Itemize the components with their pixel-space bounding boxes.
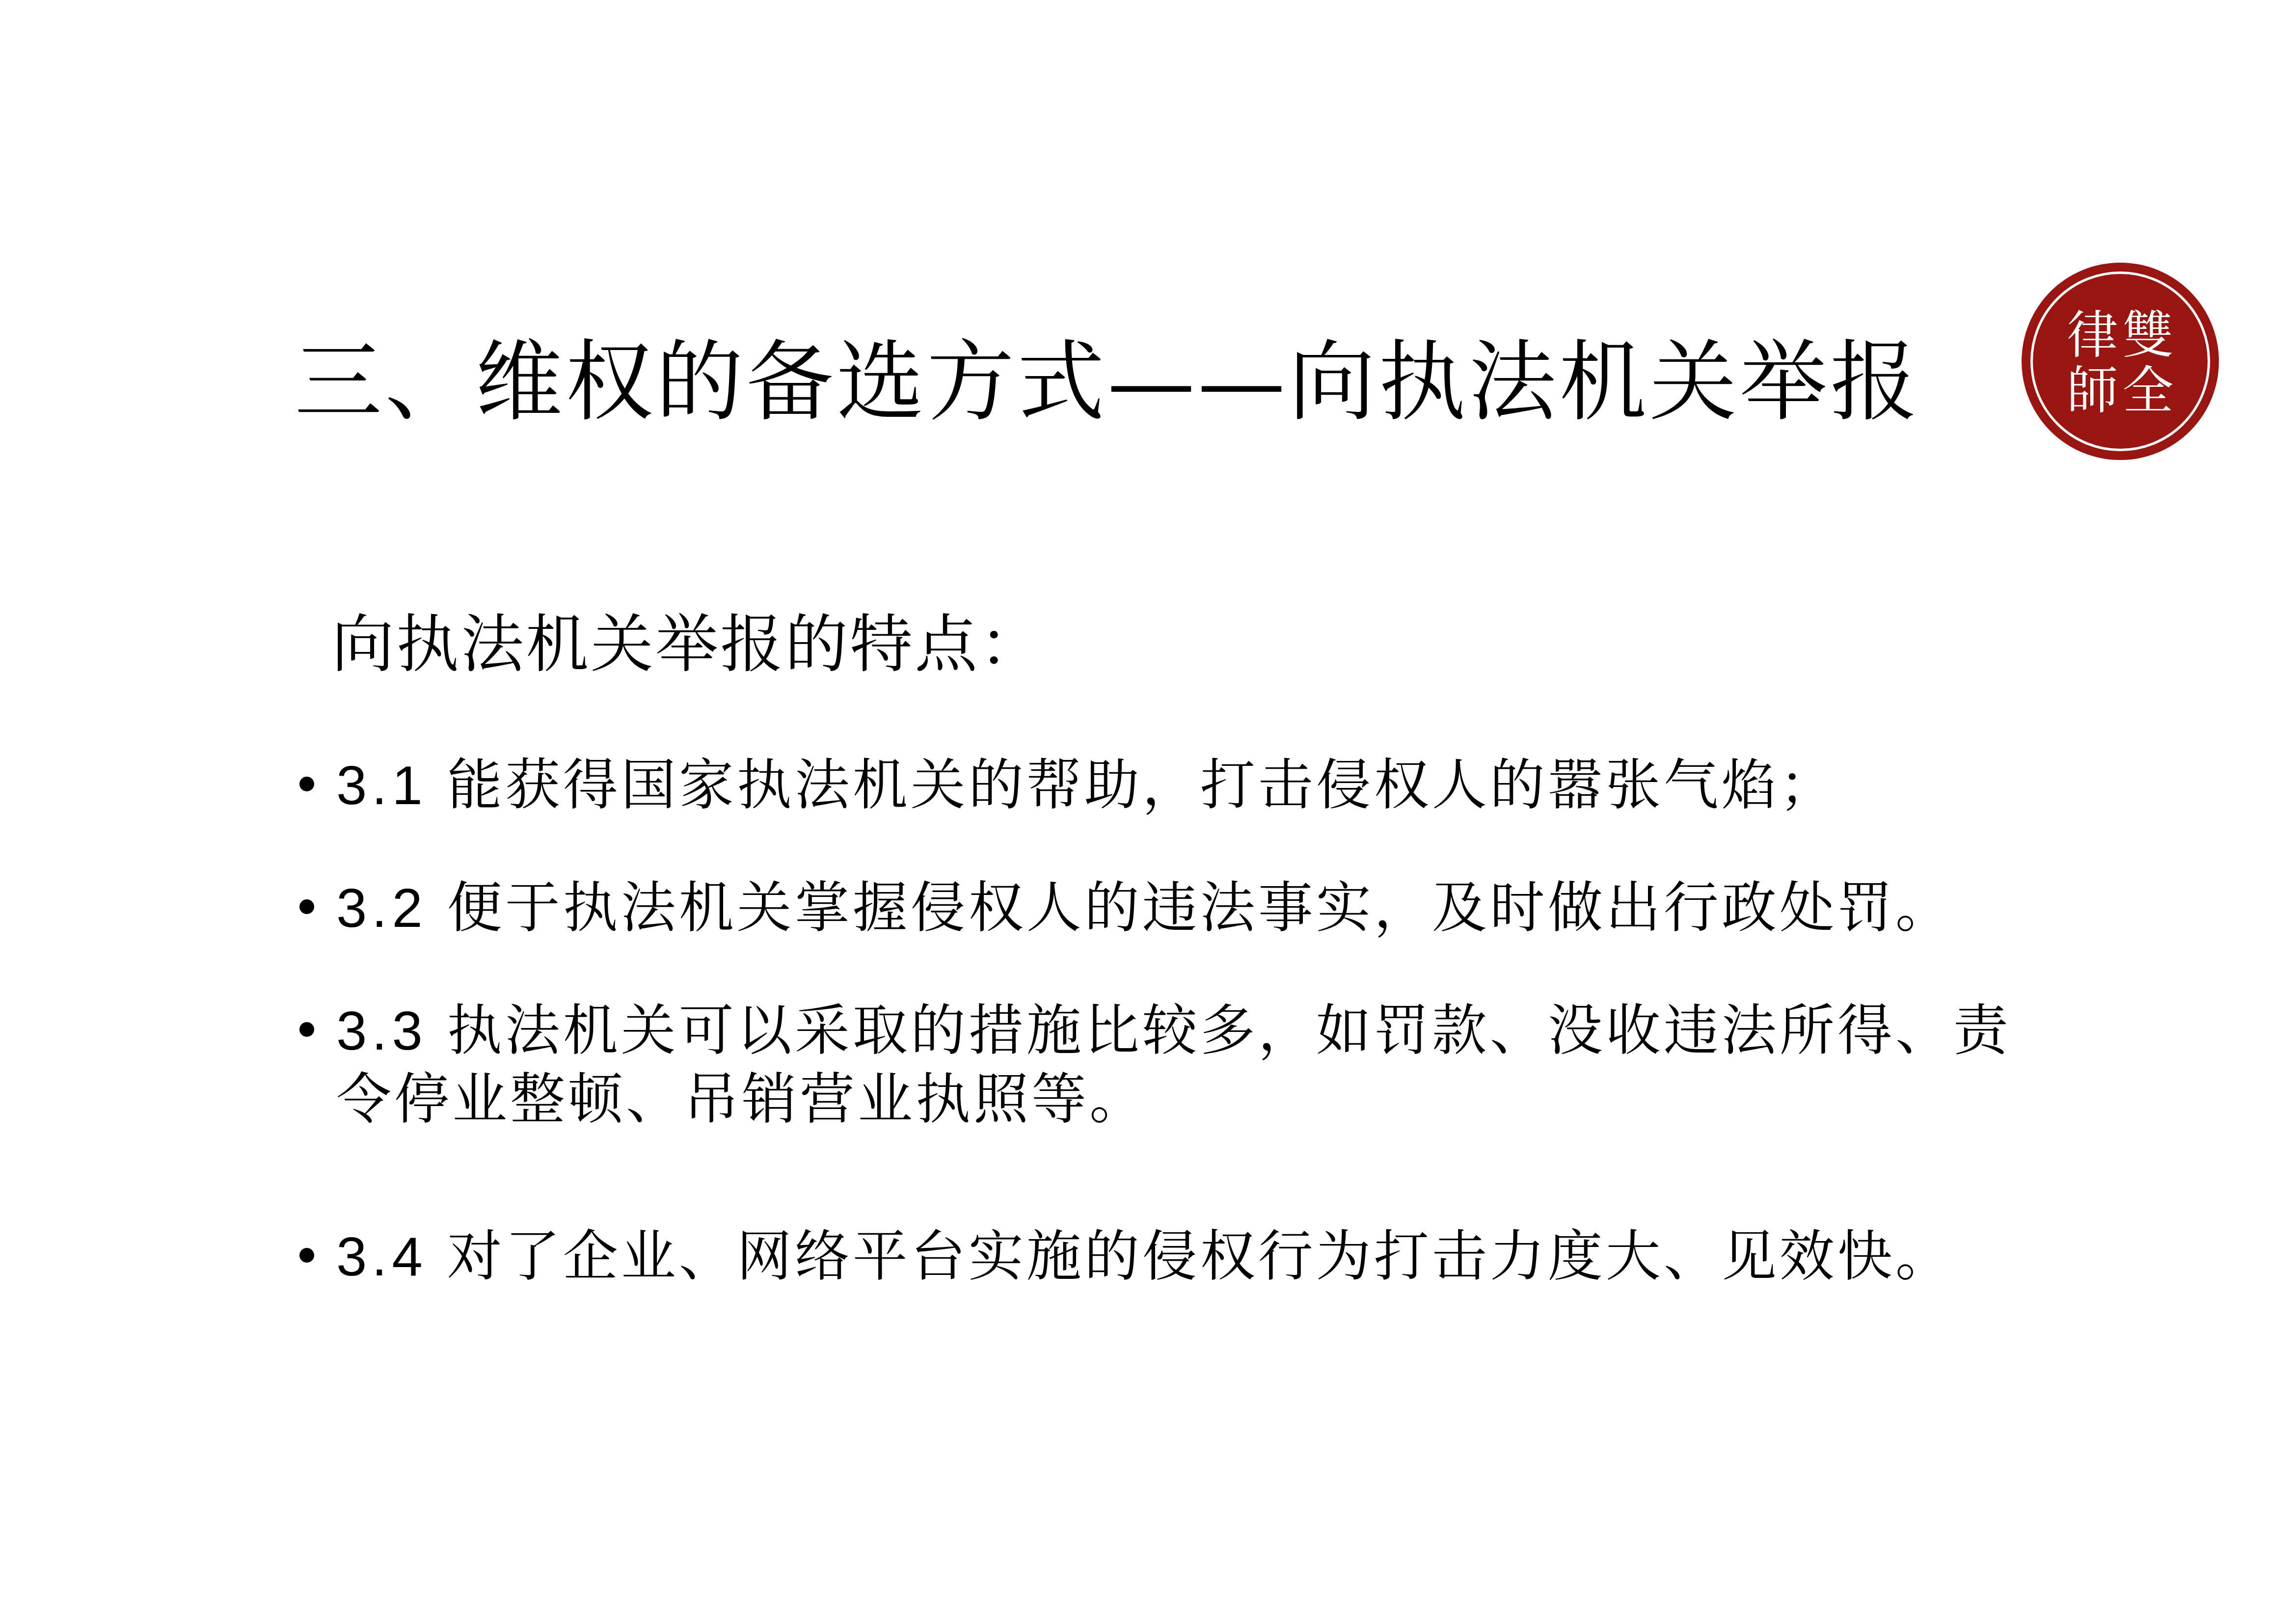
bullet-number: 3.3: [336, 1000, 428, 1061]
slide-title: 三、维权的备选方式——向执法机关举报: [295, 339, 1920, 426]
section-subtitle: 向执法机关举报的特点：: [331, 614, 1044, 676]
bullet-item: 3.3执法机关可以采取的措施比较多，如罚款、没收违法所得、责令停业整顿、吊销营业…: [290, 997, 2057, 1134]
law-firm-seal-logo: 律 雙 師 全: [2022, 263, 2219, 460]
bullet-number: 3.2: [336, 877, 428, 939]
bullet-list: 3.1能获得国家执法机关的帮助，打击侵权人的嚣张气焰； 3.2便于执法机关掌握侵…: [290, 751, 2057, 1345]
bullet-text: 对了企业、网络平台实施的侵权行为打击力度大、见效快。: [447, 1225, 1953, 1289]
seal-char: 雙: [2120, 308, 2176, 363]
bullet-dot-icon: [299, 1022, 314, 1037]
bullet-dot-icon: [299, 777, 314, 791]
bullet-text: 便于执法机关掌握侵权人的违法事实，及时做出行政处罚。: [447, 876, 1953, 940]
bullet-number: 3.4: [336, 1226, 428, 1287]
seal-char: 全: [2120, 363, 2176, 419]
bullet-number: 3.1: [336, 755, 428, 816]
bullet-text: 执法机关可以采取的措施比较多，如罚款、没收违法所得、责令停业整顿、吊销营业执照等…: [336, 999, 2011, 1132]
bullet-text: 能获得国家执法机关的帮助，打击侵权人的嚣张气焰；: [447, 754, 1837, 817]
seal-characters: 律 雙 師 全: [2065, 308, 2176, 419]
bullet-dot-icon: [299, 1248, 314, 1263]
bullet-item: 3.4对了企业、网络平台实施的侵权行为打击力度大、见效快。: [290, 1222, 2057, 1291]
bullet-item: 3.1能获得国家执法机关的帮助，打击侵权人的嚣张气焰；: [290, 751, 2057, 820]
seal-char: 師: [2065, 363, 2120, 419]
seal-char: 律: [2065, 308, 2120, 363]
bullet-dot-icon: [299, 899, 314, 914]
bullet-item: 3.2便于执法机关掌握侵权人的违法事实，及时做出行政处罚。: [290, 874, 2057, 943]
